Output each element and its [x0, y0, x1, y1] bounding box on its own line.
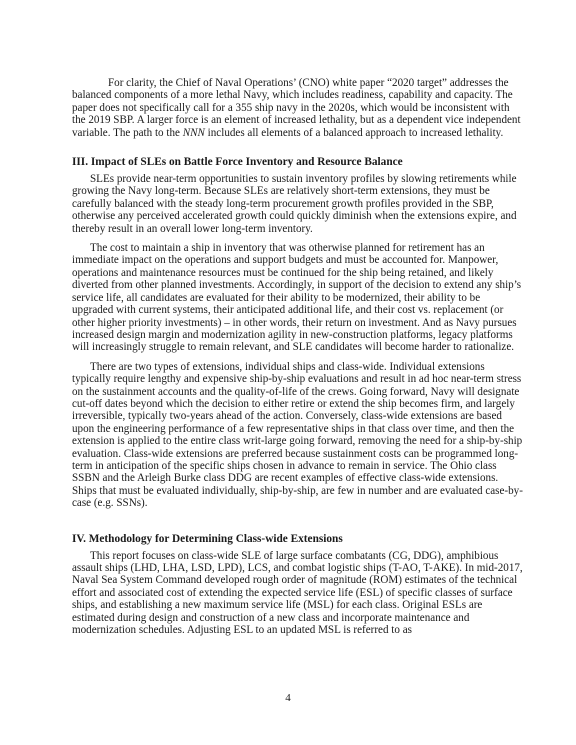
intro-paragraph: For clarity, the Chief of Naval Operatio… [72, 77, 524, 139]
page-number: 4 [0, 692, 576, 704]
section-3-heading: III. Impact of SLEs on Battle Force Inve… [72, 156, 524, 169]
section-3-paragraph-2: The cost to maintain a ship in inventory… [72, 242, 524, 354]
intro-text-part-2: includes all elements of a balanced appr… [205, 127, 503, 139]
section-3-paragraph-3: There are two types of extensions, indiv… [72, 361, 524, 510]
section-4-paragraph-1: This report focuses on class-wide SLE of… [72, 550, 524, 637]
nnn-italic-term: NNN [183, 127, 205, 139]
section-3-paragraph-1: SLEs provide near-term opportunities to … [72, 173, 524, 235]
section-4-heading: IV. Methodology for Determining Class-wi… [72, 533, 524, 546]
document-page: For clarity, the Chief of Naval Operatio… [72, 77, 524, 636]
